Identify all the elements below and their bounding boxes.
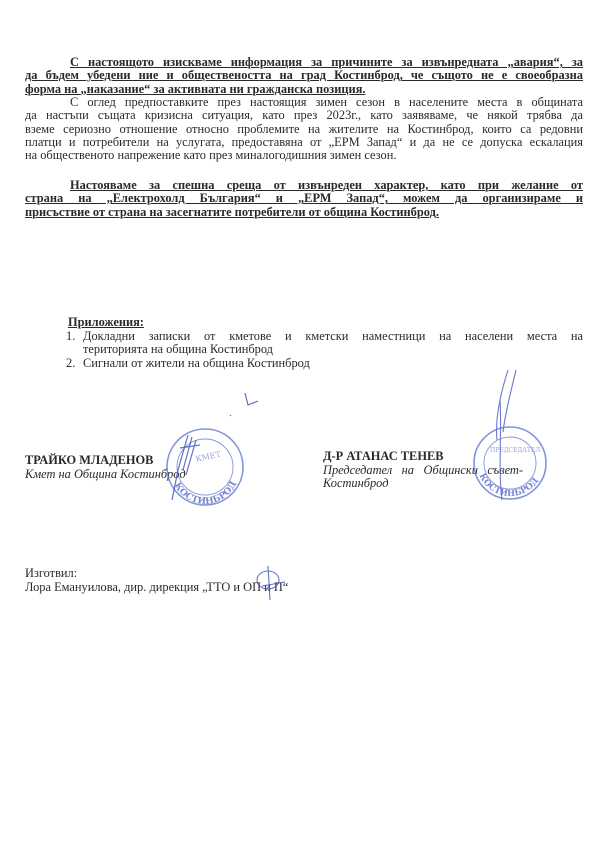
paragraph-request-info: С настоящото изискваме информация за при… — [25, 56, 583, 96]
attachments-section: Приложения: 1. Докладни записки от кмето… — [68, 316, 583, 370]
attachment-item: 1. Докладни записки от кметове и кметски… — [68, 330, 583, 357]
document-page: С настоящото изискваме информация за при… — [0, 0, 600, 856]
attachments-list: 1. Докладни записки от кметове и кметски… — [68, 330, 583, 371]
text-line: да настъпи същата кризисна ситуация, кат… — [25, 109, 583, 122]
text-line: форма на „наказание“ за активната ни гра… — [25, 83, 583, 96]
paragraph-urgent-meeting: Настояваме за спешна среща от извънреден… — [25, 179, 583, 219]
text-line: платци и потребители на услугата, предос… — [25, 136, 583, 149]
text-line: страна на „Електрохолд България“ и „ЕРМ … — [25, 192, 583, 205]
attachments-title: Приложения: — [68, 316, 583, 330]
attachment-item: 2. Сигнали от жители на община Костинбро… — [68, 357, 583, 371]
paragraph-winter-season: С оглед предпоставките през настоящия зи… — [25, 96, 583, 162]
signature-mayor-icon — [172, 393, 258, 500]
attachment-text: територията на община Костинброд — [83, 343, 583, 357]
text-line: С настоящото изискваме информация за при… — [25, 56, 583, 69]
svg-text:КОСТИНБРОД: КОСТИНБРОД — [172, 480, 239, 507]
signature-block-chairman: Д-Р АТАНАС ТЕНЕВ Председател на Общински… — [323, 450, 523, 491]
attachment-number: 1. — [66, 330, 75, 344]
text-line: Настояваме за спешна среща от извънреден… — [25, 179, 583, 192]
text-line: присъствие от страна на засегнатите потр… — [25, 206, 583, 219]
signatory-role: Костинброд — [323, 477, 523, 491]
text-line: С оглед предпоставките през настоящия зи… — [25, 96, 583, 109]
signature-block-mayor: ТРАЙКО МЛАДЕНОВ Кмет на Община Костинбро… — [25, 454, 265, 481]
attachment-text: Сигнали от жители на община Костинброд — [83, 357, 583, 371]
prepared-by-label: Изготвил: — [25, 567, 288, 581]
signatory-name: ТРАЙКО МЛАДЕНОВ — [25, 454, 265, 468]
text-line: на общественото напрежение като през мин… — [25, 149, 583, 162]
attachment-number: 2. — [66, 357, 75, 371]
attachment-text: Докладни записки от кметове и кметски на… — [83, 330, 583, 344]
signatory-role: Председател на Общински съвет- — [323, 464, 523, 478]
text-line: вземе сериозно отношение относно проблем… — [25, 123, 583, 136]
prepared-by-section: Изготвил: Лора Емануилова, дир. дирекция… — [25, 567, 288, 594]
signatory-name: Д-Р АТАНАС ТЕНЕВ — [323, 450, 523, 464]
text-line: да бъдем убедени ние и обществеността на… — [25, 69, 583, 82]
prepared-by-text: Лора Емануилова, дир. дирекция „ТТО и ОП… — [25, 581, 288, 595]
signatory-role: Кмет на Община Костинброд — [25, 468, 265, 482]
